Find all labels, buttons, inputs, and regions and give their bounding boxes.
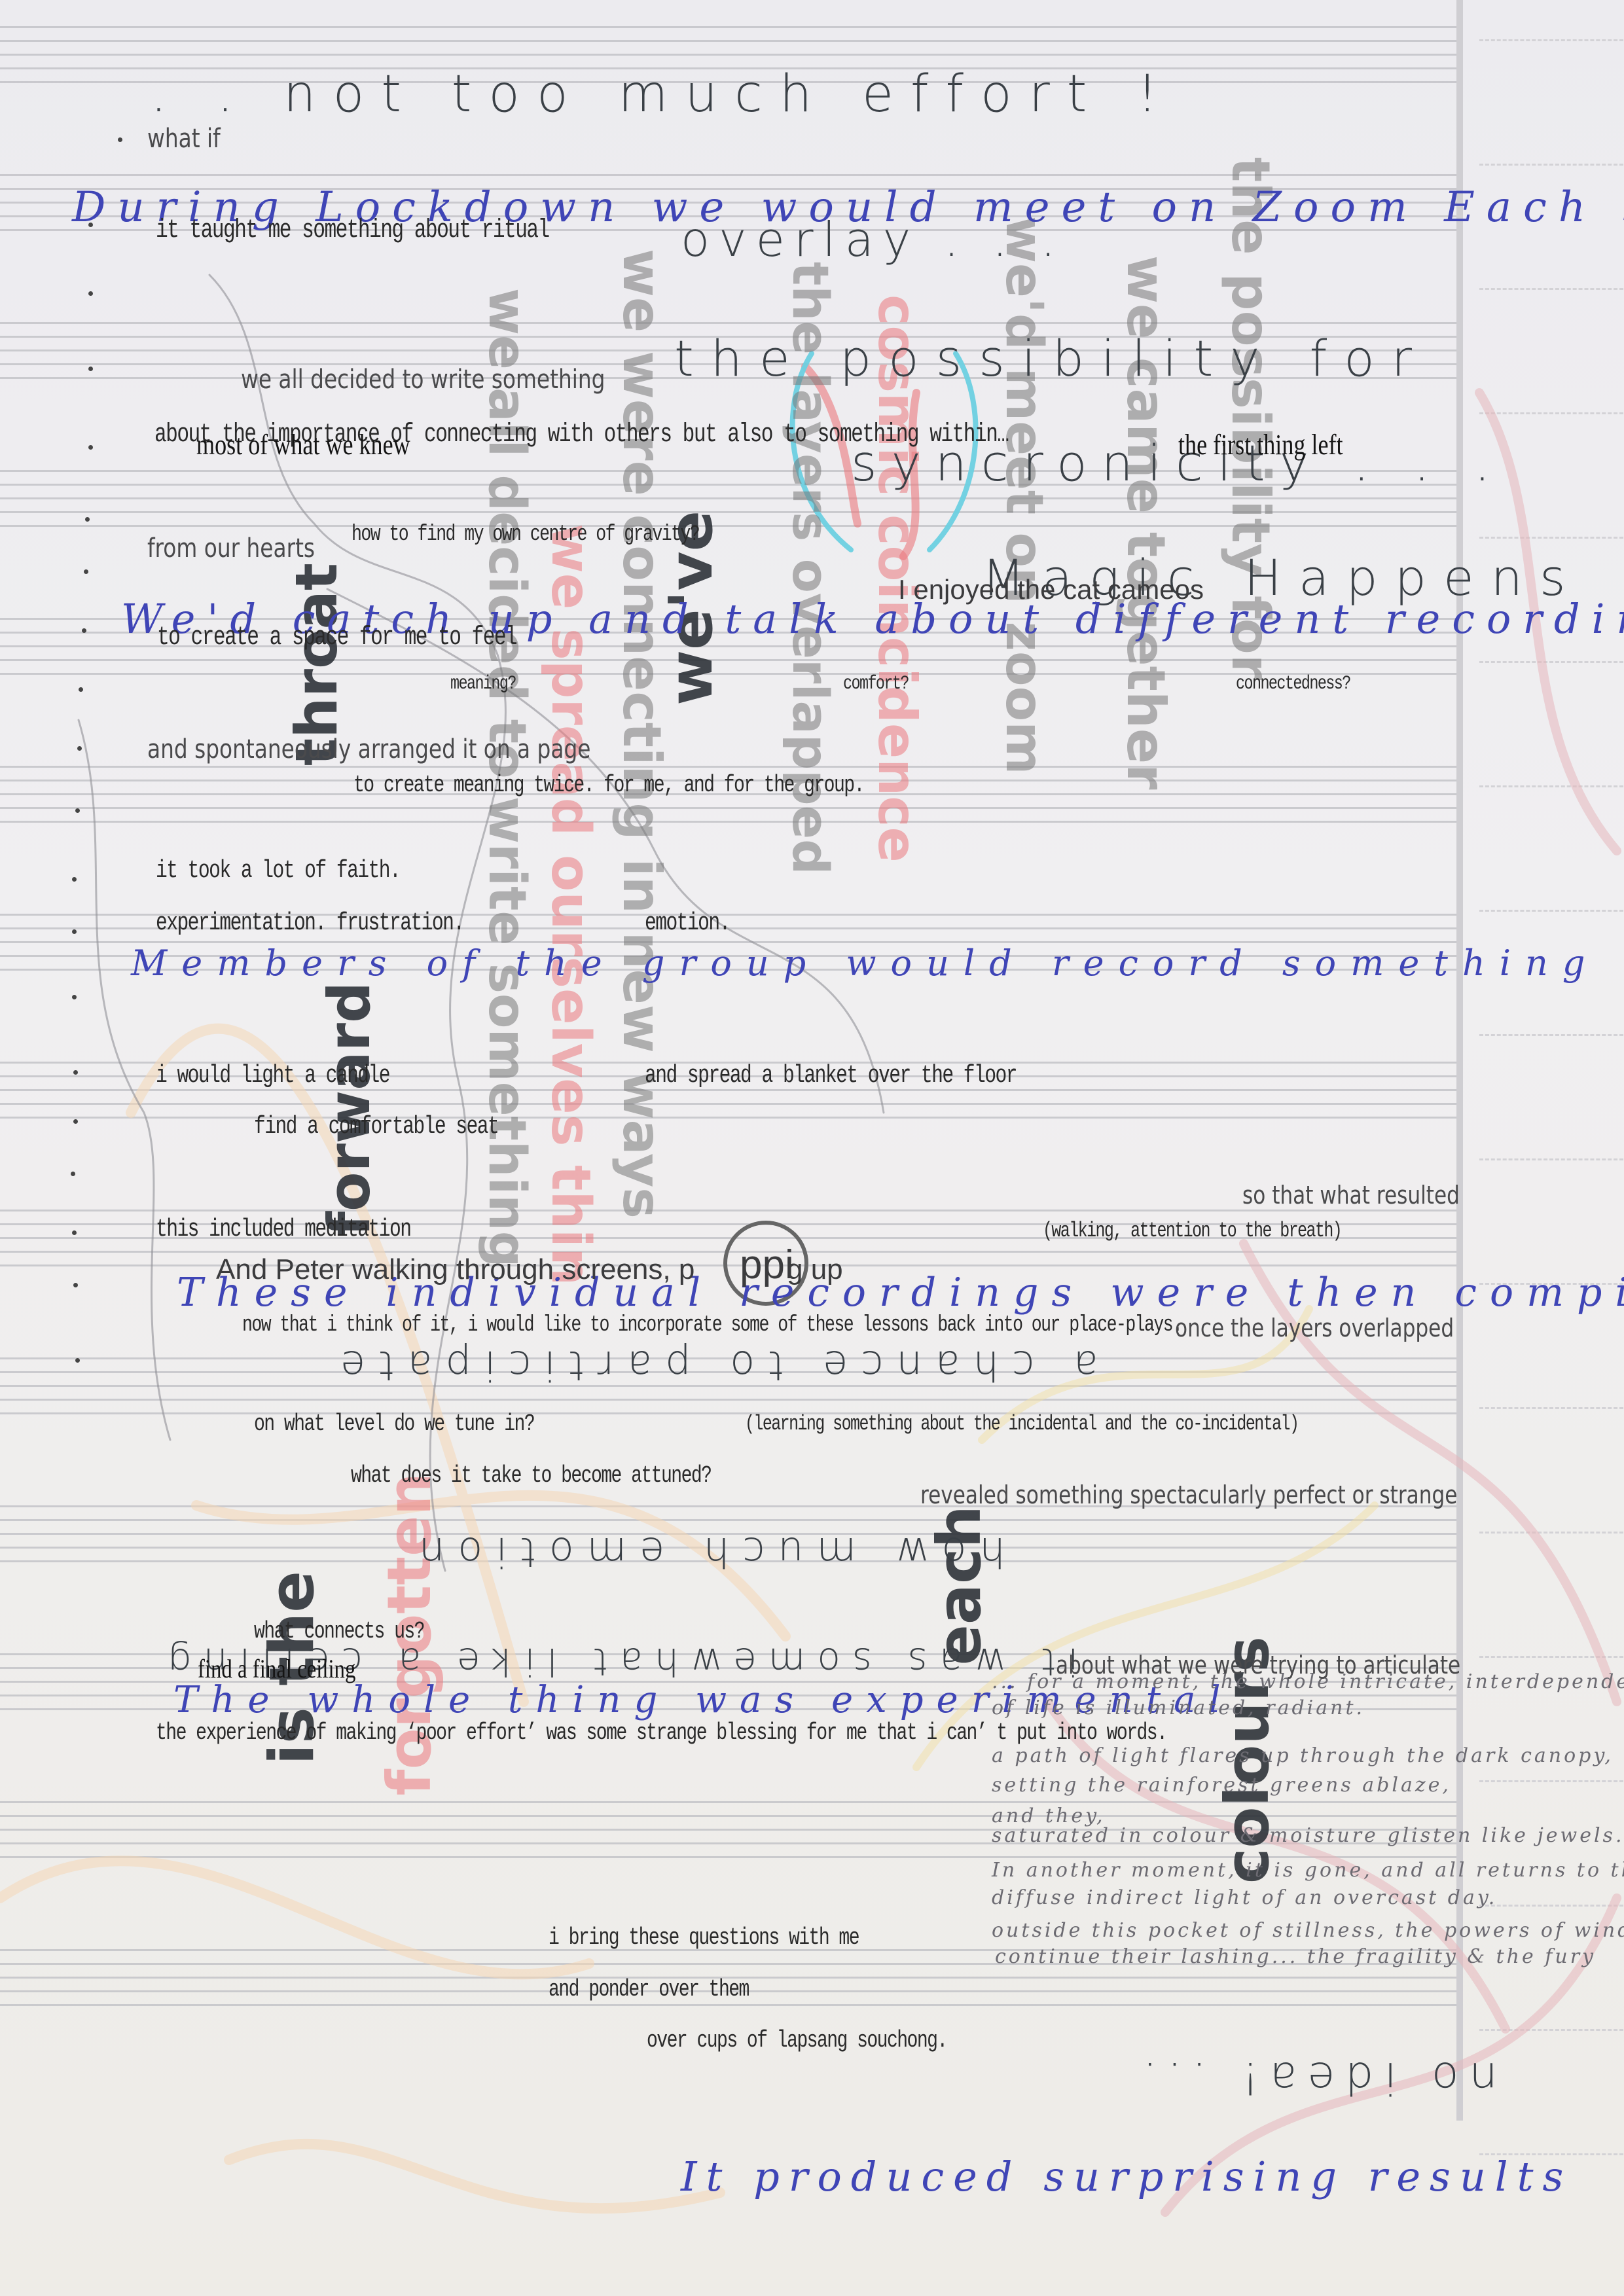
mirrored-handwriting: how much emotion [406,1532,1005,1572]
vertical-brush-text: we'd meet on zoom [998,216,1049,774]
typed-line: this included meditation [156,1217,410,1242]
typed-line: meaning? [450,674,516,694]
typed-line: how to find my own centre of gravity? [352,524,699,546]
handwritten-passage-line: a path of light flares up through the da… [992,1746,1614,1766]
handwritten-passage-line: diffuse indirect light of an overcast da… [992,1888,1497,1908]
typed-line: experimentation. frustration. [156,911,464,936]
typed-line: connectedness? [1236,674,1350,694]
typed-line: over cups of lapsang souchong. [647,2029,947,2053]
handwritten-passage-line: continue their lashing... the fragility … [995,1947,1596,1967]
typed-line: what if [147,126,221,152]
typed-line: comfort? [843,674,909,694]
typed-line: now that i think of it, i would like to … [242,1314,1182,1336]
typed-line: the first thing left [1178,431,1343,459]
typed-line: what connects us? [254,1620,424,1643]
typed-line: it took a lot of faith. [156,859,400,884]
typed-line: on what level do we tune in? [254,1412,534,1436]
typed-line: (learning something about the incidental… [745,1414,1298,1435]
typed-line: and ponder over them [549,1978,749,2001]
handwritten-heading: . . not too much effort ! [151,69,1174,120]
typed-line: the experience of making ‘poor effort’ w… [156,1721,1166,1745]
handwritten-text: the possibility for [674,334,1429,384]
typed-line-emphasis: ppi [740,1245,794,1285]
typed-line: and spread a blanket over the floor [645,1064,1017,1088]
typed-line: to create meaning twice. for me, and for… [353,774,864,797]
typed-line: most of what we knew [196,431,410,459]
typed-line: once the layers overlapped [1175,1316,1454,1340]
typed-line: it taught me something about ritual [156,218,549,244]
typed-line: g up [787,1255,843,1284]
blue-handwritten-line: Members of the group would record someth… [131,946,1624,981]
typed-line: find a comfortable seat [254,1115,498,1139]
paper-background: we all decided to write something we wer… [0,0,1624,2296]
typed-line: I enjoyed the cat cameos [898,576,1204,603]
typed-line: And Peter walking through screens, p [216,1255,695,1284]
typed-line: we all decided to write something [241,367,605,393]
typed-line: i would light a candle [156,1064,389,1088]
typed-line: (walking, attention to the breath) [1043,1221,1341,1242]
typed-line: find a final ceiling [198,1656,355,1682]
typed-line: emotion. [645,911,730,936]
typed-line: i bring these questions with me [549,1926,859,1950]
handwritten-passage-line: and they, [992,1806,1106,1826]
typed-line: so that what resulted [1242,1183,1460,1208]
typed-line: about what we were trying to articulate [1056,1653,1460,1677]
handwritten-passage-line: In another moment, it is gone, and all r… [992,1861,1624,1880]
blue-handwritten-line: It produced surprising results [681,2157,1572,2197]
typed-line: from our hearts [147,535,315,562]
vertical-handwriting: forward [321,982,378,1236]
handwritten-passage-line: of life is illuminated, radiant. [992,1698,1365,1718]
typed-line: revealed something spectacularly perfect… [920,1482,1457,1507]
handwritten-passage-line: setting the rainforest greens ablaze, [992,1776,1451,1795]
mirrored-handwriting: a chance to participate [327,1345,1098,1386]
typed-line: and spontaneously arranged it on a page [147,736,590,762]
handwritten-passage-line: outside this pocket of stillness, the po… [992,1921,1624,1941]
typed-line: to create a space for me to feel [157,625,516,651]
typed-line: what does it take to become attuned? [351,1464,711,1488]
mirrored-handwriting: no idea! ... [1132,2055,1498,2100]
handwritten-passage-line: saturated in colour & moisture glisten l… [992,1826,1624,1846]
